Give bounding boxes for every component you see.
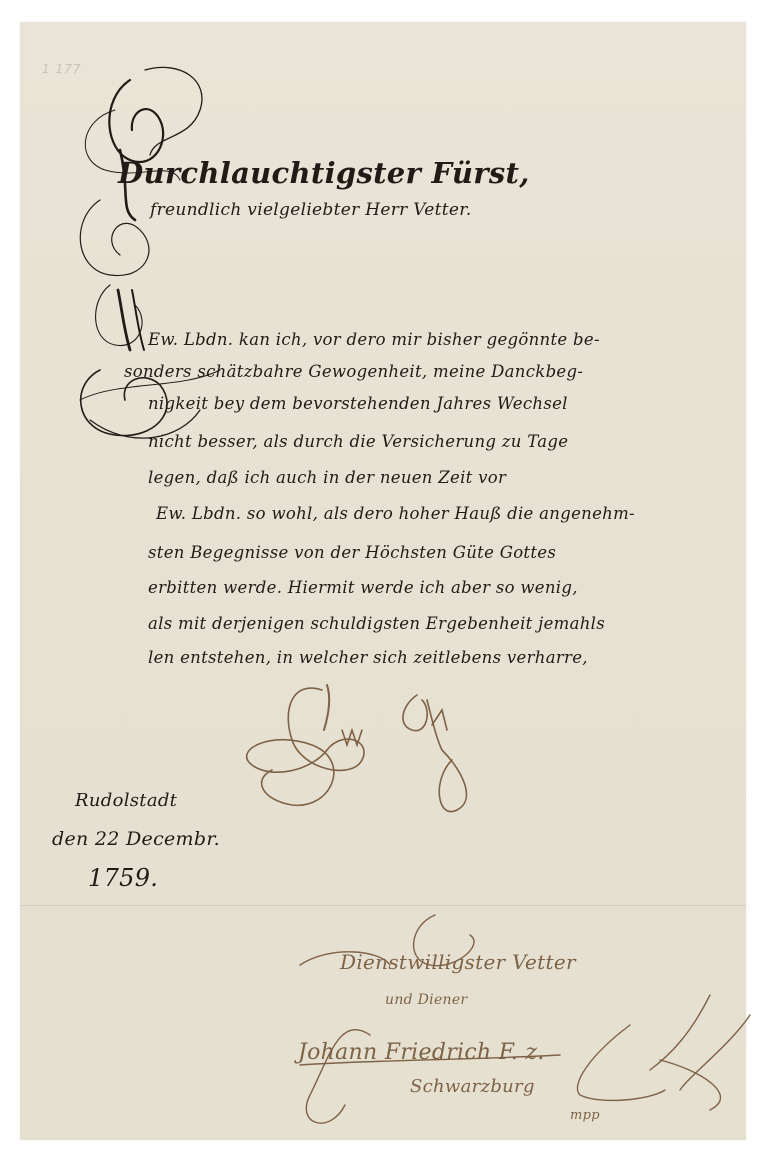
signature-line: Schwarzburg [410, 1076, 535, 1097]
body-line: Ew. Lbdn. kan ich, vor dero mir bisher g… [148, 330, 600, 349]
place-name: Rudolstadt [75, 790, 177, 811]
body-line: nicht besser, als durch die Versicherung… [148, 432, 568, 451]
signature-line: Dienstwilligster Vetter [340, 950, 576, 974]
body-line: legen, daß ich auch in der neuen Zeit vo… [148, 468, 506, 487]
body-line: sten Begegnisse von der Höchsten Güte Go… [148, 543, 556, 562]
salutation: Durchlauchtigster Fürst, [118, 156, 530, 190]
body-line: erbitten werde. Hiermit werde ich aber s… [148, 578, 578, 597]
body-line: len entstehen, in welcher sich zeitleben… [148, 648, 588, 667]
closing-abbreviation: Ew. Lbdn. [340, 700, 348, 701]
signature-flourish-icon [270, 895, 768, 1145]
signature-name: Johann Friedrich F. z. [298, 1040, 545, 1065]
closing-monogram-icon [232, 670, 512, 820]
body-line: als mit derjenigen schuldigsten Ergebenh… [148, 614, 605, 633]
body-line: Ew. Lbdn. so wohl, als dero hoher Hauß d… [156, 504, 635, 523]
signature-line: und Diener [385, 992, 467, 1008]
body-line: nigkeit bey dem bevorstehenden Jahres We… [148, 394, 568, 413]
body-line: sonders schätzbahre Gewogenheit, meine D… [124, 362, 583, 381]
signature-mpp: mpp [570, 1108, 600, 1123]
year: 1759. [88, 864, 158, 892]
salutation-line-2: freundlich vielgeliebter Herr Vetter. [150, 200, 472, 220]
date-line: den 22 Decembr. [52, 828, 220, 850]
